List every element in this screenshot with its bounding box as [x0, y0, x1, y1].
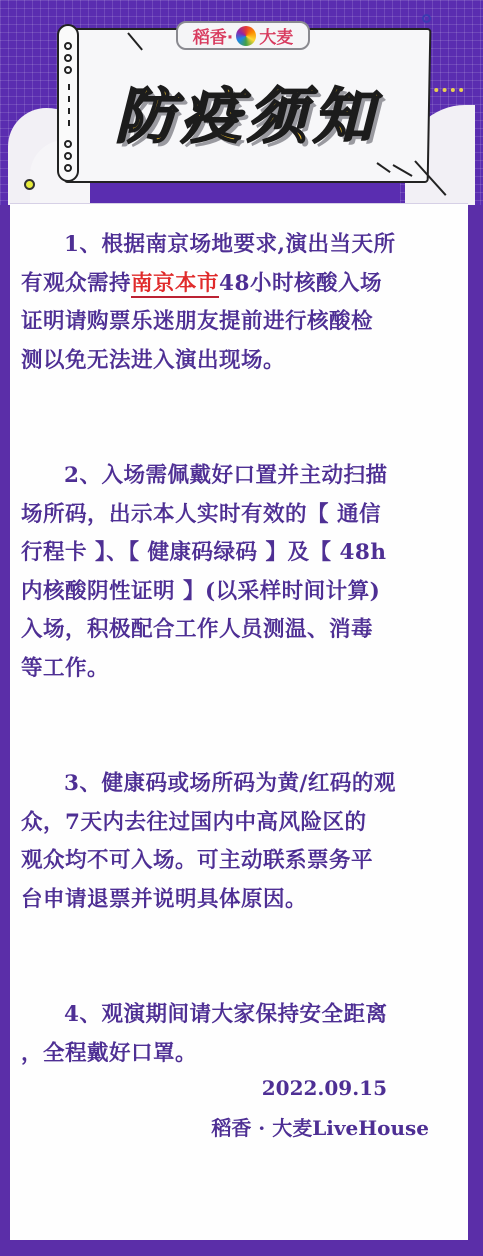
- dash-decoration: [68, 84, 70, 90]
- notice-text: 48小时核酸入场: [219, 271, 382, 296]
- logo-text-left: 稻香·: [193, 23, 233, 48]
- header-base-strip: [90, 183, 400, 205]
- notice-line: 4、观演期间请大家保持安全距离: [21, 996, 431, 1035]
- ring-icon: [64, 140, 72, 148]
- header-banner: 稻香· 大麦 防疫须知: [0, 0, 483, 205]
- notice-footer: 2022.09.15 稻香 · 大麦LiveHouse: [211, 1068, 429, 1148]
- notice-line: 行程卡 】、【 健康码绿码 】及【 48h: [21, 534, 431, 573]
- notice-text: 有观众需持: [21, 271, 131, 296]
- circle-decoration-icon: [422, 14, 431, 23]
- squiggle-decoration-icon: [425, 88, 465, 94]
- brand-logo: 稻香· 大麦: [176, 21, 310, 50]
- notice-item-1: 1、根据南京场地要求,演出当天所 有观众需持南京本市48小时核酸入场 证明请购票…: [21, 226, 431, 380]
- notice-line: 1、根据南京场地要求,演出当天所: [21, 226, 431, 265]
- ring-icon: [64, 66, 72, 74]
- page-title: 防疫须知: [92, 72, 402, 152]
- ring-icon: [64, 42, 72, 50]
- dot-decoration-icon: [24, 179, 35, 190]
- notice-line: 入场，积极配合工作人员测温、消毒: [21, 611, 431, 650]
- notice-date: 2022.09.15: [211, 1068, 387, 1108]
- notice-line: 2、入场需佩戴好口置并主动扫描: [21, 457, 431, 496]
- ring-icon: [64, 164, 72, 172]
- ring-icon: [64, 152, 72, 160]
- notebook-strip: [57, 24, 79, 182]
- organizer-name: 稻香 · 大麦LiveHouse: [211, 1108, 429, 1148]
- notice-line: 等工作。: [21, 650, 431, 689]
- ring-icon: [64, 54, 72, 62]
- notice-line: 测以免无法进入演出现场。: [21, 342, 431, 381]
- notice-content: 1、根据南京场地要求,演出当天所 有观众需持南京本市48小时核酸入场 证明请购票…: [21, 226, 431, 1073]
- dash-decoration: [68, 96, 70, 102]
- notice-line: 3、健康码或场所码为黄/红码的观: [21, 765, 431, 804]
- notice-item-4: 4、观演期间请大家保持安全距离 ，全程戴好口罩。: [21, 996, 431, 1073]
- logo-text-right: 大麦: [259, 23, 293, 48]
- notice-line: 众，7天内去往过国内中高风险区的: [21, 804, 431, 843]
- notice-line: 场所码，出示本人实时有效的【 通信: [21, 496, 431, 535]
- notice-item-2: 2、入场需佩戴好口置并主动扫描 场所码，出示本人实时有效的【 通信 行程卡 】、…: [21, 457, 431, 688]
- notice-item-3: 3、健康码或场所码为黄/红码的观 众，7天内去往过国内中高风险区的 观众均不可入…: [21, 765, 431, 919]
- flower-logo-icon: [236, 26, 256, 46]
- notice-line: 观众均不可入场。可主动联系票务平: [21, 842, 431, 881]
- notice-line: 台申请退票并说明具体原因。: [21, 881, 431, 920]
- dash-decoration: [68, 108, 70, 114]
- notice-line: 证明请购票乐迷朋友提前进行核酸检: [21, 303, 431, 342]
- notice-line: 内核酸阴性证明 】(以采样时间计算): [21, 573, 431, 612]
- dash-decoration: [68, 120, 70, 126]
- highlight-location: 南京本市: [131, 271, 219, 298]
- notice-line: 有观众需持南京本市48小时核酸入场: [21, 265, 431, 304]
